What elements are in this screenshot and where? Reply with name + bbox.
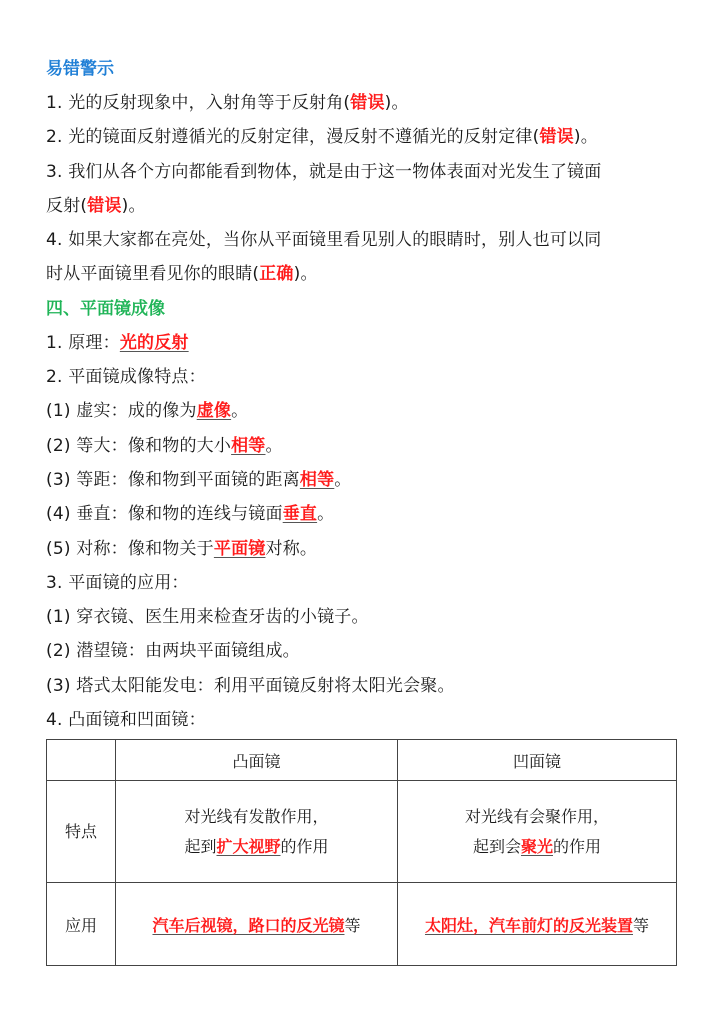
concave-application-cell: 太阳灶，汽车前灯的反光装置等 — [398, 883, 677, 966]
feature-answer: 相等 — [300, 470, 334, 490]
application-item: (1) 穿衣镜、医生用来检查牙齿的小镜子。 — [46, 600, 678, 634]
principle-label: 1. 原理： — [46, 333, 120, 353]
cell-text: 等 — [345, 916, 361, 935]
application-item: (3) 塔式太阳能发电：利用平面镜反射将太阳光会聚。 — [46, 669, 678, 703]
convex-feature-cell: 对光线有发散作用， 起到扩大视野的作用 — [116, 781, 398, 883]
cell-line: 起到会聚光的作用 — [398, 832, 676, 862]
document-page: 易错警示 1. 光的反射现象中，入射角等于反射角(错误)。 2. 光的镜面反射遵… — [46, 52, 678, 737]
feature-suffix: 。 — [317, 504, 334, 524]
feature-item: (3) 等距：像和物到平面镜的距离相等。 — [46, 463, 678, 497]
feature-answer: 平面镜 — [214, 539, 266, 559]
principle-answer: 光的反射 — [120, 333, 189, 353]
features-label: 2. 平面镜成像特点： — [46, 360, 678, 394]
feature-prefix: (2) 等大：像和物的大小 — [46, 436, 231, 456]
feature-prefix: (1) 虚实：成的像为 — [46, 401, 197, 421]
verdict: 错误 — [87, 196, 121, 216]
section-title: 四、平面镜成像 — [46, 292, 678, 326]
feature-prefix: (3) 等距：像和物到平面镜的距离 — [46, 470, 300, 490]
concave-feature-cell: 对光线有会聚作用， 起到会聚光的作用 — [398, 781, 677, 883]
warning-item-4-line2: 时从平面镜里看见你的眼睛(正确)。 — [46, 257, 678, 291]
cell-answer: 汽车后视镜，路口的反光镜 — [152, 916, 344, 935]
warning-text: 反射( — [46, 196, 87, 216]
mirrors-label: 4. 凸面镜和凹面镜： — [46, 703, 678, 737]
warning-item-4-line1: 4. 如果大家都在亮处，当你从平面镜里看见别人的眼睛时，别人也可以同 — [46, 223, 678, 257]
warning-item-3-line2: 反射(错误)。 — [46, 189, 678, 223]
verdict: 错误 — [539, 127, 573, 147]
feature-item: (2) 等大：像和物的大小相等。 — [46, 429, 678, 463]
cell-line: 起到扩大视野的作用 — [116, 832, 397, 862]
applications-label: 3. 平面镜的应用： — [46, 566, 678, 600]
cell-text: 等 — [633, 916, 649, 935]
feature-suffix: 。 — [266, 436, 283, 456]
feature-item: (5) 对称：像和物关于平面镜对称。 — [46, 532, 678, 566]
mirror-comparison-table: 凸面镜 凹面镜 特点 对光线有发散作用， 起到扩大视野的作用 对光线有会聚作用，… — [46, 739, 677, 966]
cell-text: 起到 — [184, 837, 216, 856]
row-label: 特点 — [47, 781, 116, 883]
warning-text: 1. 光的反射现象中，入射角等于反射角( — [46, 93, 350, 113]
cell-line: 对光线有会聚作用， — [398, 802, 676, 832]
header-cell-concave: 凹面镜 — [398, 740, 677, 781]
feature-suffix: 。 — [334, 470, 351, 490]
feature-suffix: 对称。 — [266, 539, 318, 559]
warning-tail: )。 — [385, 93, 409, 113]
cell-text: 起到会 — [473, 837, 521, 856]
warning-tail: )。 — [122, 196, 146, 216]
row-label: 应用 — [47, 883, 116, 966]
verdict: 正确 — [259, 264, 293, 284]
cell-line: 对光线有发散作用， — [116, 802, 397, 832]
warning-item-2: 2. 光的镜面反射遵循光的反射定律，漫反射不遵循光的反射定律(错误)。 — [46, 120, 678, 154]
cell-answer: 聚光 — [521, 837, 553, 856]
table-header-row: 凸面镜 凹面镜 — [47, 740, 677, 781]
convex-application-cell: 汽车后视镜，路口的反光镜等 — [116, 883, 398, 966]
warning-tail: )。 — [574, 127, 598, 147]
table-row: 应用 汽车后视镜，路口的反光镜等 太阳灶，汽车前灯的反光装置等 — [47, 883, 677, 966]
principle-line: 1. 原理：光的反射 — [46, 326, 678, 360]
cell-text: 的作用 — [553, 837, 601, 856]
table-row: 特点 对光线有发散作用， 起到扩大视野的作用 对光线有会聚作用， 起到会聚光的作… — [47, 781, 677, 883]
feature-answer: 虚像 — [197, 401, 231, 421]
application-item: (2) 潜望镜：由两块平面镜组成。 — [46, 634, 678, 668]
cell-answer: 太阳灶，汽车前灯的反光装置 — [425, 916, 633, 935]
feature-prefix: (5) 对称：像和物关于 — [46, 539, 214, 559]
cell-answer: 扩大视野 — [216, 837, 280, 856]
warning-text: 2. 光的镜面反射遵循光的反射定律，漫反射不遵循光的反射定律( — [46, 127, 539, 147]
feature-item: (1) 虚实：成的像为虚像。 — [46, 394, 678, 428]
warning-tail: )。 — [294, 264, 318, 284]
feature-answer: 相等 — [231, 436, 265, 456]
warning-item-1: 1. 光的反射现象中，入射角等于反射角(错误)。 — [46, 86, 678, 120]
cell-text: 的作用 — [281, 837, 329, 856]
feature-prefix: (4) 垂直：像和物的连线与镜面 — [46, 504, 283, 524]
warning-text: 时从平面镜里看见你的眼睛( — [46, 264, 259, 284]
feature-suffix: 。 — [231, 401, 248, 421]
warning-item-3-line1: 3. 我们从各个方向都能看到物体，就是由于这一物体表面对光发生了镜面 — [46, 155, 678, 189]
warnings-title: 易错警示 — [46, 52, 678, 86]
feature-item: (4) 垂直：像和物的连线与镜面垂直。 — [46, 497, 678, 531]
feature-answer: 垂直 — [283, 504, 317, 524]
verdict: 错误 — [350, 93, 384, 113]
header-cell-convex: 凸面镜 — [116, 740, 398, 781]
header-cell-empty — [47, 740, 116, 781]
